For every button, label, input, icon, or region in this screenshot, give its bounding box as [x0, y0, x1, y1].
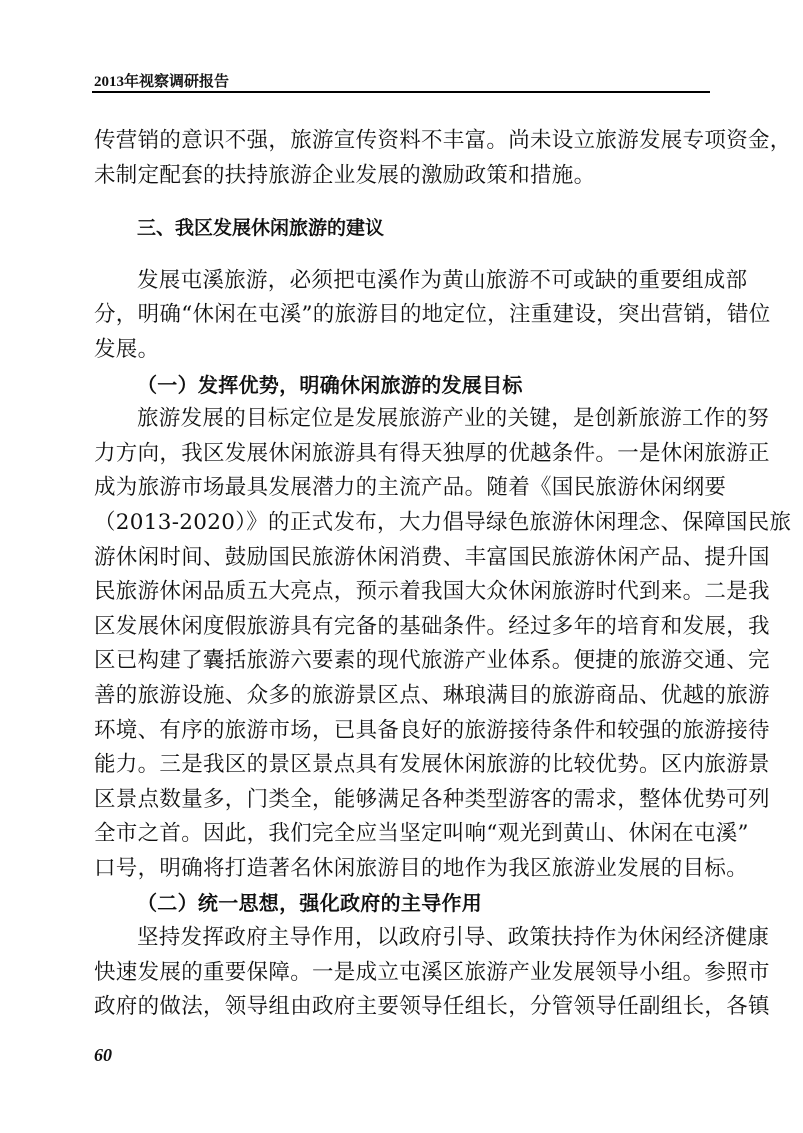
section-heading: 三、我区发展休闲旅游的建议 [94, 211, 710, 246]
running-header-title: 2013年视察调研报告 [94, 70, 229, 91]
text-line: 分，明确“休闲在屯溪”的旅游目的地定位，注重建设，突出营销，错位 [94, 298, 710, 333]
text-line: 善的旅游设施、众多的旅游景区点、琳琅满目的旅游商品、优越的旅游 [94, 679, 710, 714]
text-line: 力方向，我区发展休闲旅游具有得天独厚的优越条件。一是休闲旅游正 [94, 437, 710, 472]
text-line: 区景点数量多，门类全，能够满足各种类型游客的需求，整体优势可列 [94, 783, 710, 818]
header-rule [92, 91, 710, 93]
document-page: 2013年视察调研报告 传营销的意识不强，旅游宣传资料不丰富。尚未设立旅游发展专… [0, 0, 803, 1133]
text-line: 环境、有序的旅游市场，已具备良好的旅游接待条件和较强的旅游接待 [94, 714, 710, 749]
text-line: 民旅游休闲品质五大亮点，预示着我国大众休闲旅游时代到来。二是我 [94, 575, 710, 610]
subsection-heading-1: （一）发挥优势，明确休闲旅游的发展目标 [94, 368, 710, 403]
text-line: 快速发展的重要保障。一是成立屯溪区旅游产业发展领导小组。参照市 [94, 956, 710, 991]
text-line: 游休闲时间、鼓励国民旅游休闲消费、丰富国民旅游休闲产品、提升国 [94, 541, 710, 576]
text-line: 政府的做法，领导组由政府主要领导任组长，分管领导任副组长，各镇 [94, 990, 710, 1025]
spacer [94, 246, 710, 264]
paragraph-first-line: 旅游发展的目标定位是发展旅游产业的关键，是创新旅游工作的努 [94, 402, 710, 437]
text-line: （2013-2020）》的正式发布，大力倡导绿色旅游休闲理念、保障国民旅 [94, 506, 710, 541]
text-line: 能力。三是我区的景区景点具有发展休闲旅游的比较优势。区内旅游景 [94, 748, 710, 783]
spacer [94, 193, 710, 211]
body-text: 传营销的意识不强，旅游宣传资料不丰富。尚未设立旅游发展专项资金， 未制定配套的扶… [94, 124, 710, 1025]
page-number: 60 [94, 1045, 112, 1066]
text-line: 成为旅游市场最具发展潜力的主流产品。随着《国民旅游休闲纲要 [94, 471, 710, 506]
text-line: 口号，明确将打造著名休闲旅游目的地作为我区旅游业发展的目标。 [94, 852, 710, 887]
text-line: 传营销的意识不强，旅游宣传资料不丰富。尚未设立旅游发展专项资金， [94, 124, 710, 159]
subsection-heading-2: （二）统一思想，强化政府的主导作用 [94, 886, 710, 921]
text-line: 未制定配套的扶持旅游企业发展的激励政策和措施。 [94, 159, 710, 194]
text-line: 全市之首。因此，我们完全应当坚定叫响“观光到黄山、休闲在屯溪” [94, 817, 710, 852]
text-line: 区已构建了囊括旅游六要素的现代旅游产业体系。便捷的旅游交通、完 [94, 644, 710, 679]
text-line: 发展。 [94, 333, 710, 368]
text-line: 区发展休闲度假旅游具有完备的基础条件。经过多年的培育和发展，我 [94, 610, 710, 645]
paragraph-first-line: 坚持发挥政府主导作用，以政府引导、政策扶持作为休闲经济健康 [94, 921, 710, 956]
paragraph-first-line: 发展屯溪旅游，必须把屯溪作为黄山旅游不可或缺的重要组成部 [94, 264, 710, 299]
